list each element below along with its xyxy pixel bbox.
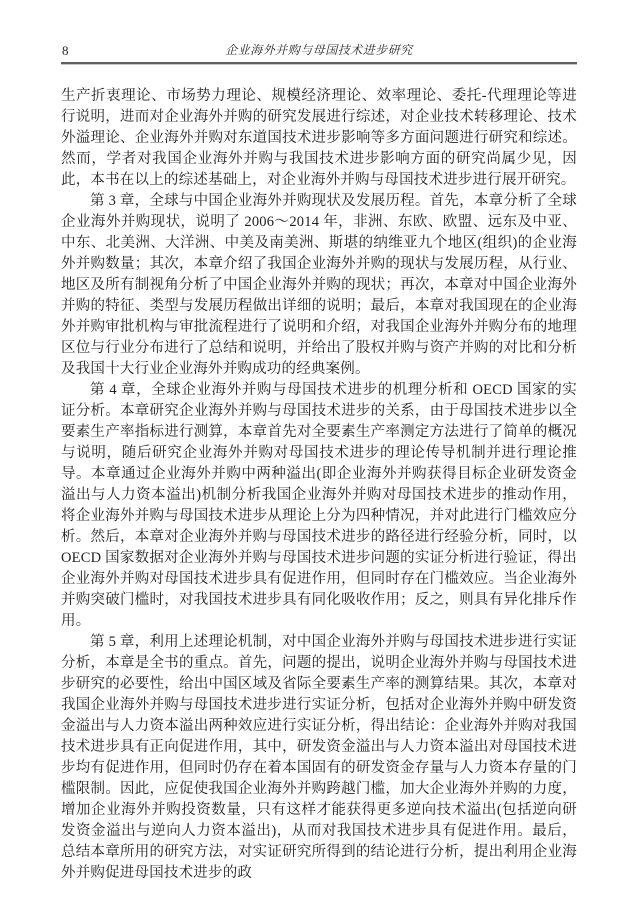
page-number: 8: [62, 42, 69, 59]
body-paragraph: 第 5 章，利用上述理论机制，对中国企业海外并购与母国技术进步进行实证分析，本章…: [61, 632, 577, 884]
body-paragraph: 生产折衷理论、市场势力理论、规模经济理论、效率理论、委托-代理理论等进行说明，进…: [61, 86, 577, 191]
body-paragraph: 第 4 章，全球企业海外并购与母国技术进步的机理分析和 OECD 国家的实证分析…: [61, 380, 577, 632]
body-paragraph: 第 3 章，全球与中国企业海外并购现状及发展历程。首先，本章分析了全球企业海外并…: [61, 191, 577, 380]
page-header: 8 企业海外并购与母国技术进步研究: [61, 42, 577, 59]
running-title: 企业海外并购与母国技术进步研究: [61, 42, 577, 59]
header-rule: [61, 62, 577, 64]
book-page: 8 企业海外并购与母国技术进步研究 生产折衷理论、市场势力理论、规模经济理论、效…: [0, 0, 638, 902]
page-body: 生产折衷理论、市场势力理论、规模经济理论、效率理论、委托-代理理论等进行说明，进…: [61, 86, 577, 884]
